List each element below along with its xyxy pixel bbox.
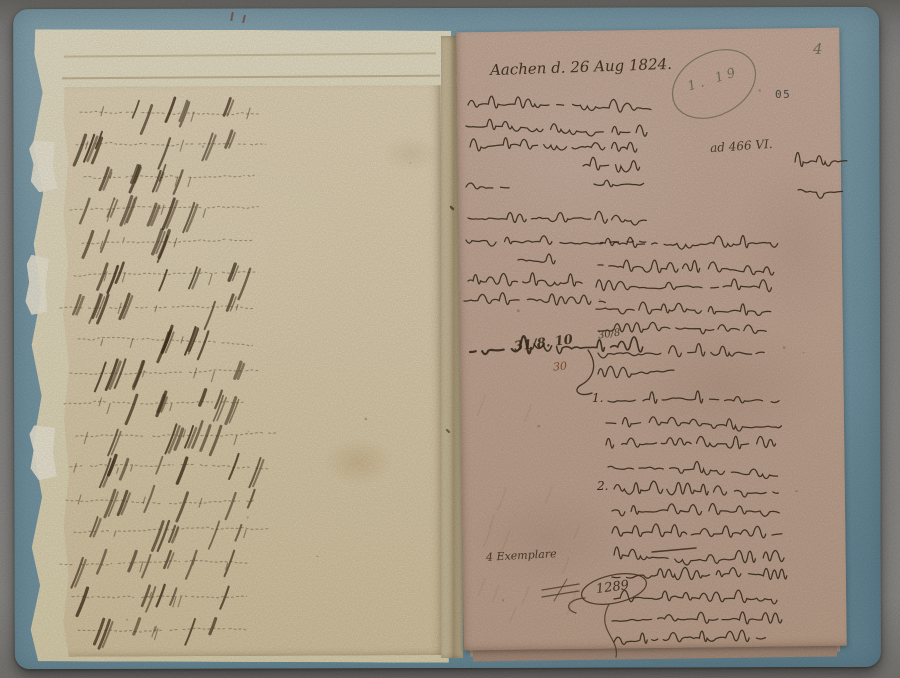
manuscript-scan: Aachen d. 26 Aug 1824. ad 466 VI. 31/8. … bbox=[0, 0, 900, 678]
right-page-letter bbox=[456, 28, 847, 651]
left-page-ink-bleedthrough bbox=[59, 85, 443, 657]
